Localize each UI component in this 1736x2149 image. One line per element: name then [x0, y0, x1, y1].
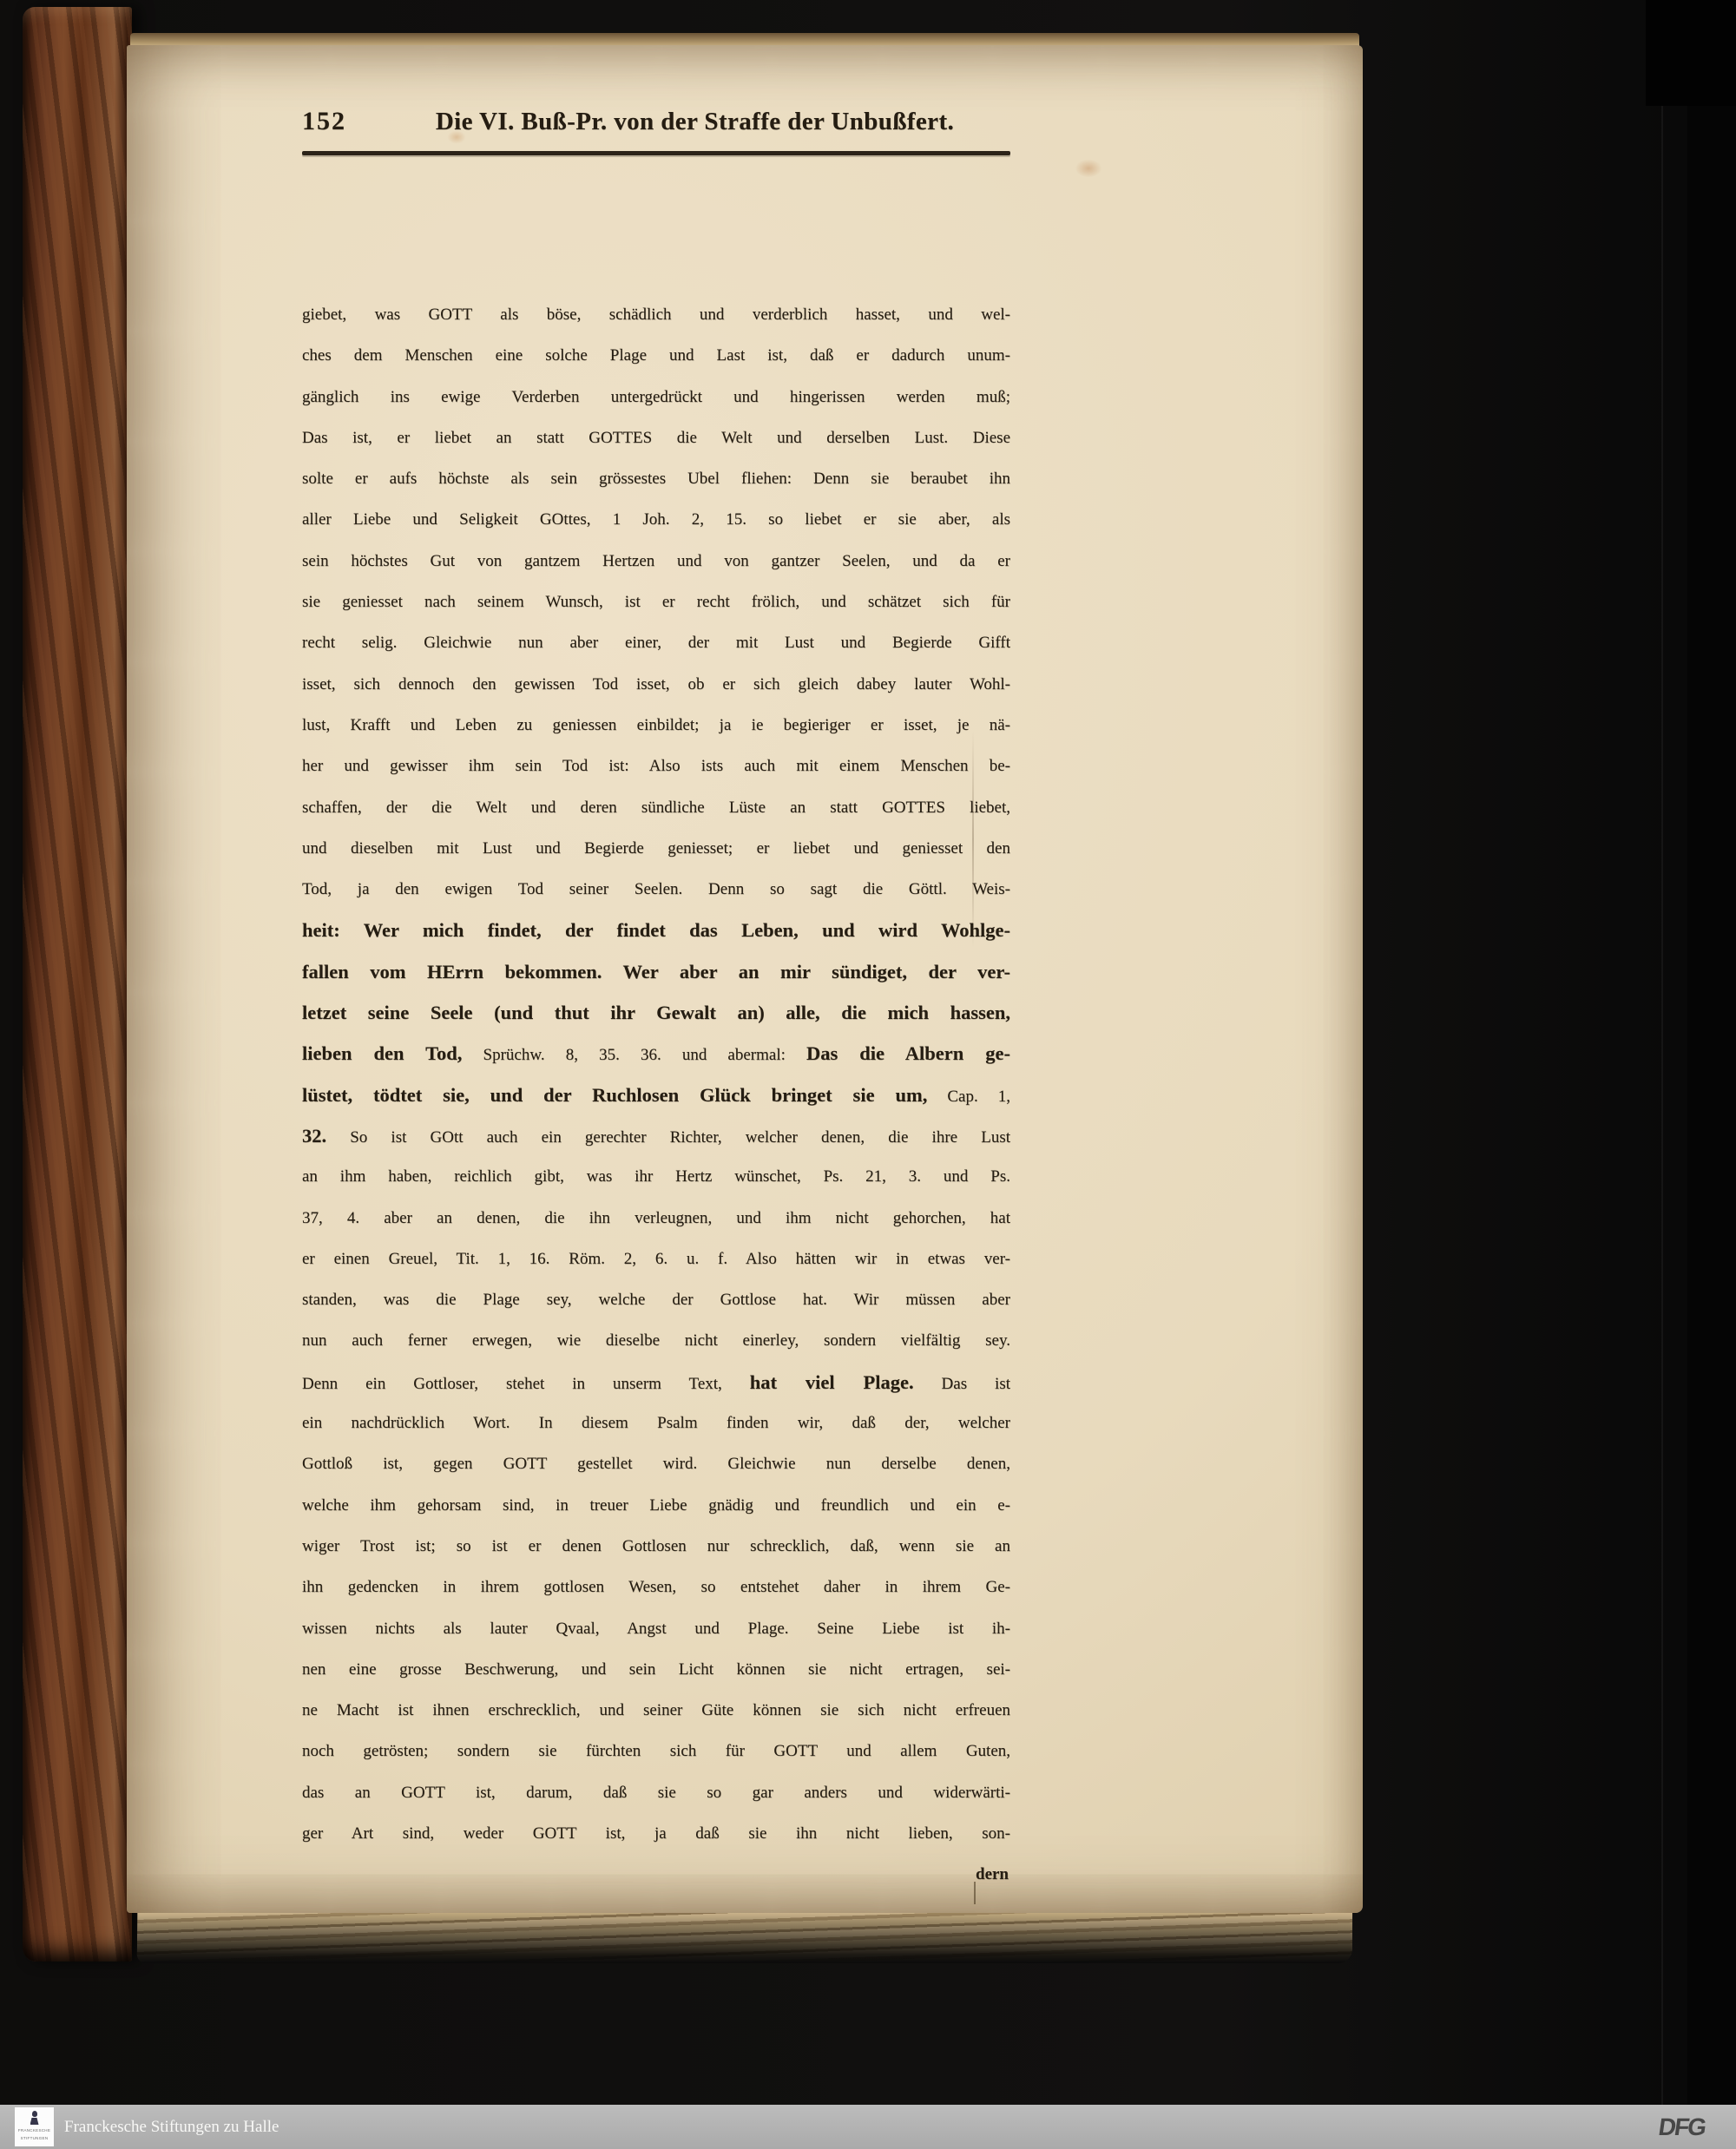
text-line: ihn gedencken in ihrem gottlosen Wesen, …	[302, 1567, 1010, 1607]
text-line: welche ihm gehorsam sind, in treuer Lieb…	[302, 1485, 1010, 1526]
text-block: giebet, was GOTT als böse, schädlich und…	[302, 294, 1010, 1854]
text-line: Gottloß ist, gegen GOTT gestellet wird. …	[302, 1443, 1010, 1484]
text-line: an ihm haben, reichlich gibt, was ihr He…	[302, 1156, 1010, 1197]
page-header: 152 Die VI. Buß-Pr. von der Straffe der …	[302, 97, 1010, 146]
catchword: dern	[302, 1854, 1010, 1895]
book-spine-edge	[23, 7, 132, 1962]
background-right-strip	[1687, 0, 1736, 2149]
stiftungen-emblem-icon	[29, 2111, 41, 2126]
text-line: isset, sich dennoch den gewissen Tod iss…	[302, 664, 1010, 705]
text-line: lust, Krafft und Leben zu geniessen einb…	[302, 705, 1010, 746]
text-line: Das ist, er liebet an statt GOTTES die W…	[302, 417, 1010, 458]
text-line: er einen Greuel, Tit. 1, 16. Röm. 2, 6. …	[302, 1239, 1010, 1279]
logo-caption-line2: STIFTUNGEN	[21, 2136, 49, 2141]
viewer-footer: FRANCKESCHE STIFTUNGEN Franckesche Stift…	[0, 2105, 1736, 2149]
text-line: wissen nichts als lauter Qvaal, Angst un…	[302, 1608, 1010, 1649]
text-line: lüstet, tödtet sie, und der Ruchlosen Gl…	[302, 1074, 1010, 1115]
text-line: ger Art sind, weder GOTT ist, ja daß sie…	[302, 1813, 1010, 1854]
header-rule	[302, 151, 1010, 155]
text-line: lieben den Tod, Sprüchw. 8, 35. 36. und …	[302, 1033, 1010, 1074]
text-line: ein nachdrücklich Wort. In diesem Psalm …	[302, 1403, 1010, 1443]
text-line: sie geniesset nach seinem Wunsch, ist er…	[302, 582, 1010, 622]
book-page: 152 Die VI. Buß-Pr. von der Straffe der …	[127, 45, 1363, 1913]
text-line: 32. So ist GOtt auch ein gerechter Richt…	[302, 1115, 1010, 1156]
text-line: heit: Wer mich findet, der findet das Le…	[302, 910, 1010, 950]
text-line: aller Liebe und Seligkeit GOttes, 1 Joh.…	[302, 499, 1010, 540]
printed-content: 152 Die VI. Buß-Pr. von der Straffe der …	[302, 97, 1010, 1896]
text-line: Denn ein Gottloser, stehet in unserm Tex…	[302, 1362, 1010, 1403]
text-line: ches dem Menschen eine solche Plage und …	[302, 335, 1010, 376]
text-line: standen, was die Plage sey, welche der G…	[302, 1279, 1010, 1320]
logo-caption-line1: FRANCKESCHE	[18, 2128, 50, 2133]
text-line: sein höchstes Gut von gantzem Hertzen un…	[302, 541, 1010, 582]
text-line: schaffen, der die Welt und deren sündlic…	[302, 787, 1010, 828]
text-line: nun auch ferner erwegen, wie dieselbe ni…	[302, 1320, 1010, 1361]
text-line: wiger Trost ist; so ist er denen Gottlos…	[302, 1526, 1010, 1567]
text-line: fallen vom HErrn bekommen. Wer aber an m…	[302, 951, 1010, 992]
dfg-logo: DFG	[1655, 2105, 1707, 2149]
text-line: her und gewisser ihm sein Tod ist: Also …	[302, 746, 1010, 786]
background-seam-line	[1661, 0, 1663, 2149]
text-line: und dieselben mit Lust und Begierde geni…	[302, 828, 1010, 869]
text-line: noch getrösten; sondern sie fürchten sic…	[302, 1731, 1010, 1771]
page-number: 152	[302, 97, 346, 146]
franckesche-stiftungen-logo: FRANCKESCHE STIFTUNGEN	[15, 2107, 54, 2146]
text-line: das an GOTT ist, darum, daß sie so gar a…	[302, 1772, 1010, 1813]
text-line: gänglich ins ewige Verderben untergedrüc…	[302, 377, 1010, 417]
text-line: solte er aufs höchste als sein grösseste…	[302, 458, 1010, 499]
text-line: 37, 4. aber an denen, die ihn verleugnen…	[302, 1198, 1010, 1239]
text-line: nen eine grosse Beschwerung, und sein Li…	[302, 1649, 1010, 1690]
running-title: Die VI. Buß-Pr. von der Straffe der Unbu…	[379, 97, 1010, 146]
text-line: ne Macht ist ihnen erschrecklich, und se…	[302, 1690, 1010, 1731]
page-stack-edges	[137, 1913, 1352, 1963]
text-line: giebet, was GOTT als böse, schädlich und…	[302, 294, 1010, 335]
text-line: letzet seine Seele (und thut ihr Gewalt …	[302, 992, 1010, 1033]
background-top-right-notch	[1646, 0, 1736, 106]
text-line: recht selig. Gleichwie nun aber einer, d…	[302, 622, 1010, 663]
institution-name: Franckesche Stiftungen zu Halle	[64, 2105, 279, 2149]
text-line: Tod, ja den ewigen Tod seiner Seelen. De…	[302, 869, 1010, 910]
